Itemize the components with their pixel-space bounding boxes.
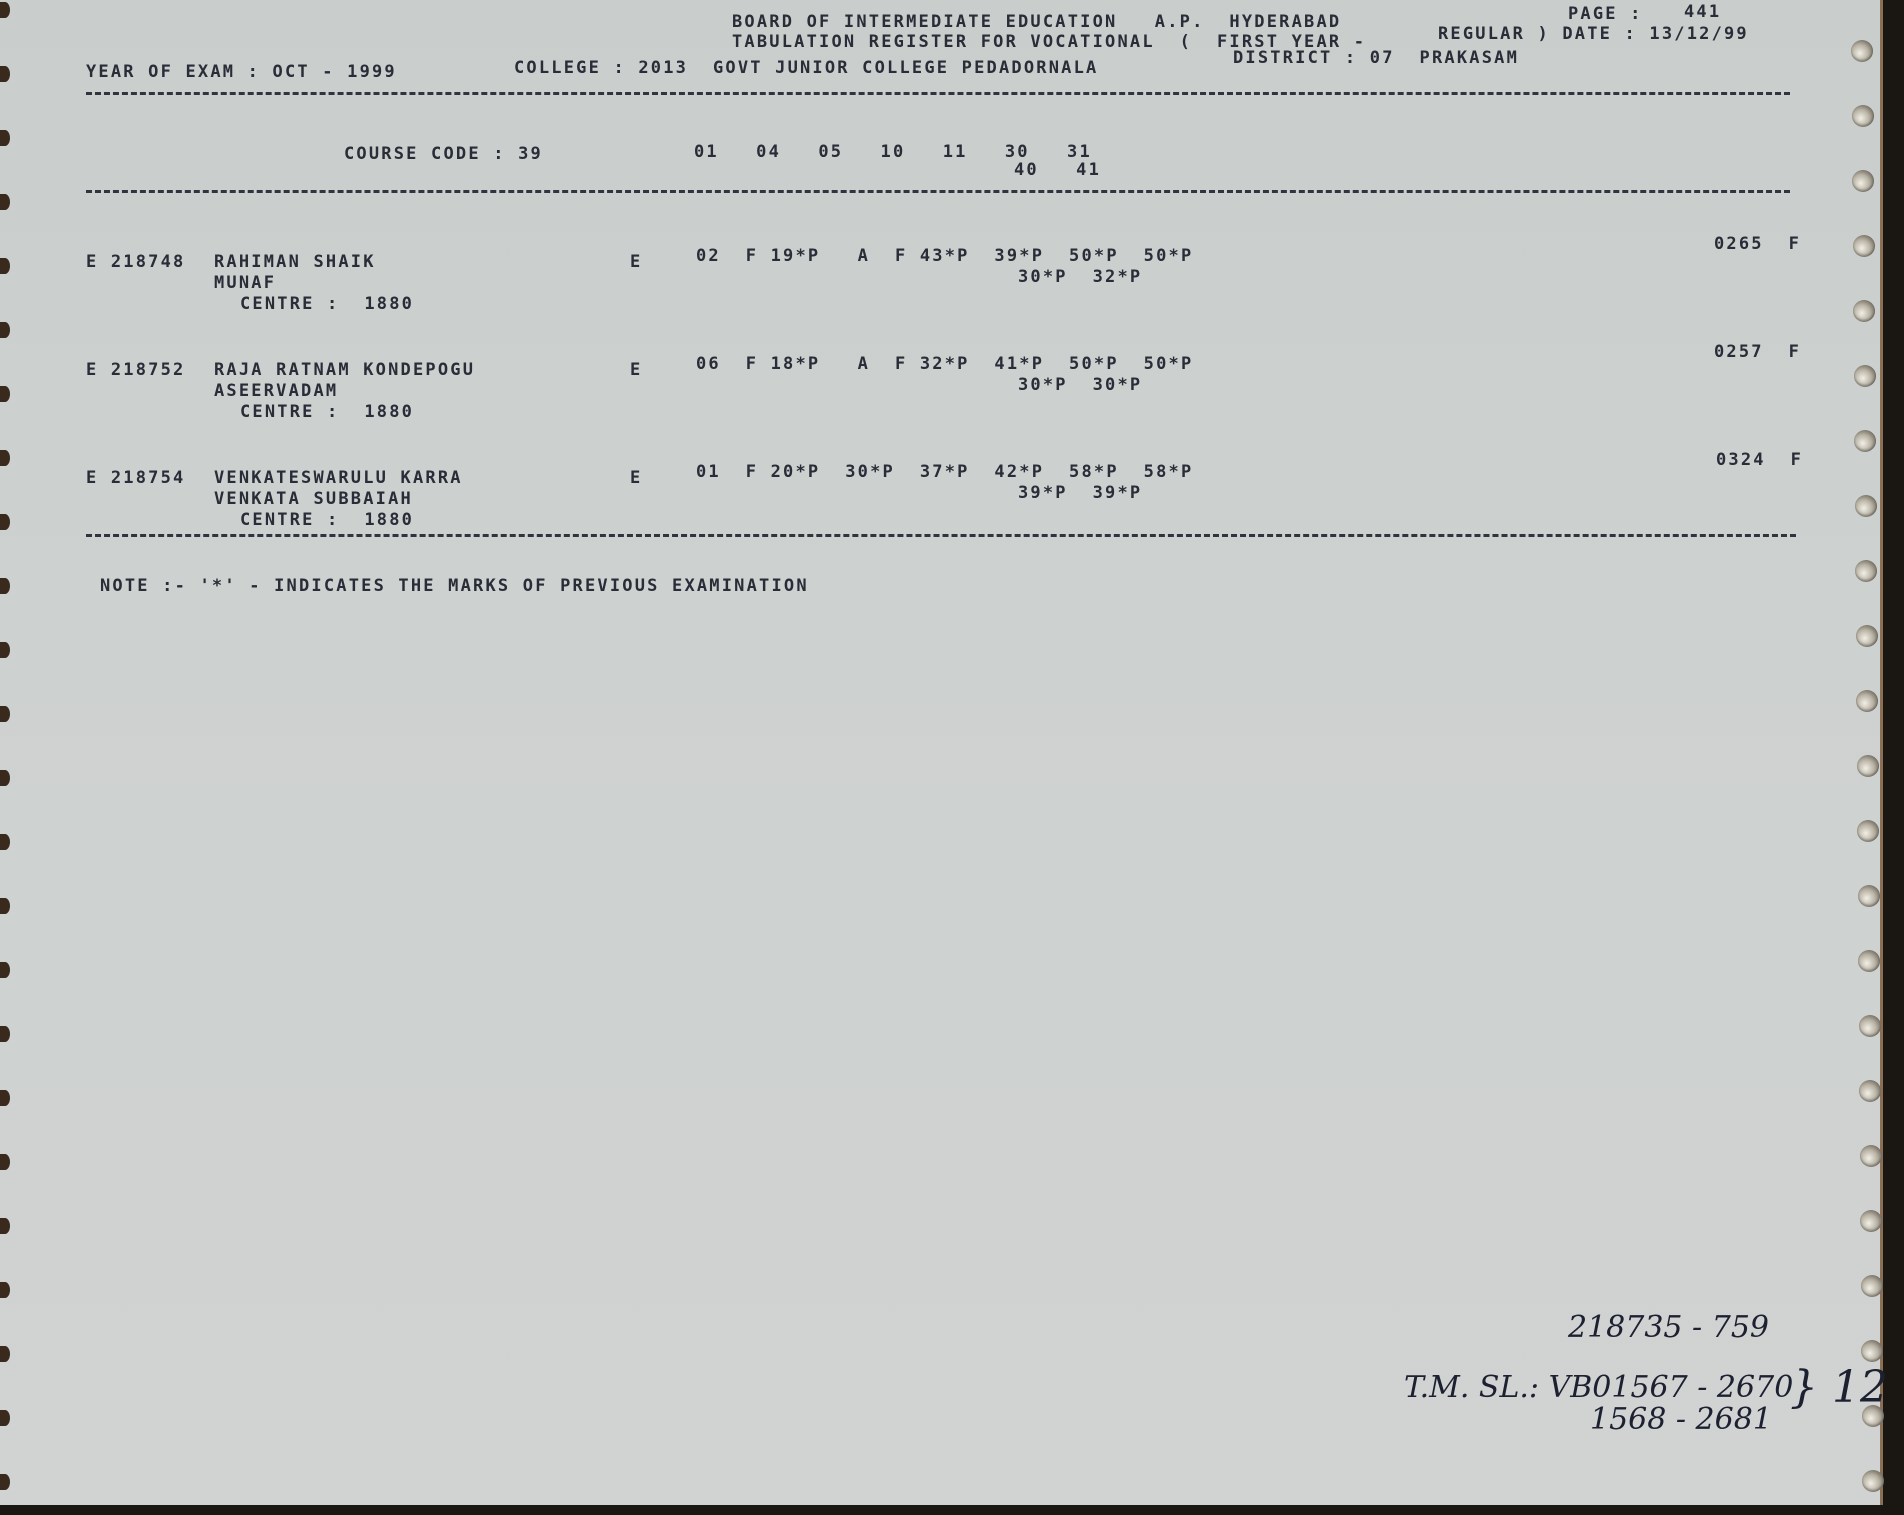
district-info: DISTRICT : 07 PRAKASAM (1233, 48, 1519, 68)
feed-hole-icon (1857, 820, 1879, 842)
feed-hole-icon (0, 322, 10, 338)
student-name: RAJA RATNAM KONDEPOGU (214, 360, 475, 380)
feed-hole-icon (0, 706, 10, 722)
year-of-exam: YEAR OF EXAM : OCT - 1999 (86, 62, 397, 82)
feed-hole-icon (0, 642, 10, 658)
exam-type-date: REGULAR ) DATE : 13/12/99 (1438, 24, 1749, 44)
feed-hole-icon (0, 1026, 10, 1042)
feed-hole-icon (1854, 365, 1876, 387)
exam-centre: CENTRE : 1880 (240, 402, 414, 422)
board-title: BOARD OF INTERMEDIATE EDUCATION A.P. HYD… (732, 12, 1341, 32)
feed-hole-icon (1855, 560, 1877, 582)
subject-codes-row2: 40 41 (1014, 160, 1101, 180)
feed-hole-icon (1851, 40, 1873, 62)
feed-hole-icon (0, 450, 10, 466)
feed-hole-icon (0, 578, 10, 594)
feed-hole-icon (0, 1282, 10, 1298)
feed-hole-icon (0, 1218, 10, 1234)
college-info: COLLEGE : 2013 GOVT JUNIOR COLLEGE PEDAD… (514, 58, 1098, 78)
feed-hole-icon (1856, 625, 1878, 647)
student-name-line2: VENKATA SUBBAIAH (214, 489, 413, 509)
feed-hole-icon (1858, 950, 1880, 972)
feed-hole-icon (0, 66, 10, 82)
handwritten-bracket-note: } 12 nl (1790, 1362, 1904, 1413)
student-name-line2: ASEERVADAM (214, 381, 338, 401)
feed-hole-icon (1853, 235, 1875, 257)
feed-hole-icon (0, 834, 10, 850)
registration-number: E 218752 (86, 360, 185, 380)
subject-marks-line2: 30*P 30*P (1018, 375, 1142, 395)
feed-hole-icon (1858, 885, 1880, 907)
exam-centre: CENTRE : 1880 (240, 510, 414, 530)
footnote: NOTE :- '*' - INDICATES THE MARKS OF PRE… (100, 576, 809, 596)
student-name: RAHIMAN SHAIK (214, 252, 376, 272)
feed-hole-icon (1862, 1405, 1884, 1427)
divider-top (86, 92, 1790, 95)
feed-hole-icon (1857, 755, 1879, 777)
feed-hole-icon (0, 1474, 10, 1490)
feed-hole-icon (0, 2, 10, 18)
feed-hole-icon (0, 130, 10, 146)
subject-marks: 06 F 18*P A F 32*P 41*P 50*P 50*P (696, 354, 1193, 374)
divider-bottom (86, 534, 1796, 537)
feed-hole-icon (1852, 105, 1874, 127)
feed-hole-icon (0, 1090, 10, 1106)
feed-hole-icon (0, 1154, 10, 1170)
feed-hole-icon (0, 258, 10, 274)
feed-hole-icon (1860, 1210, 1882, 1232)
total-result: 0265 F (1714, 234, 1801, 254)
total-result: 0324 F (1716, 450, 1803, 470)
registration-number: E 218754 (86, 468, 185, 488)
page-number: 441 (1684, 2, 1721, 22)
handwritten-serial-2: 1568 - 2681 (1590, 1402, 1772, 1437)
registration-number: E 218748 (86, 252, 185, 272)
handwritten-range: 218735 - 759 (1568, 1310, 1769, 1345)
course-code: COURSE CODE : 39 (344, 144, 543, 164)
feed-hole-icon (0, 194, 10, 210)
subject-marks: 02 F 19*P A F 43*P 39*P 50*P 50*P (696, 246, 1193, 266)
feed-hole-icon (0, 1410, 10, 1426)
feed-hole-icon (1855, 495, 1877, 517)
tabulation-register-page: BOARD OF INTERMEDIATE EDUCATION A.P. HYD… (0, 0, 1883, 1505)
medium: E (630, 468, 642, 488)
feed-hole-icon (1859, 1080, 1881, 1102)
feed-hole-icon (0, 770, 10, 786)
feed-hole-icon (1860, 1145, 1882, 1167)
feed-hole-icon (0, 514, 10, 530)
total-result: 0257 F (1714, 342, 1801, 362)
subject-marks: 01 F 20*P 30*P 37*P 42*P 58*P 58*P (696, 462, 1193, 482)
medium: E (630, 252, 642, 272)
divider-course (86, 190, 1790, 193)
handwritten-serial-1: T.M. SL.: VB01567 - 2670 (1404, 1370, 1793, 1405)
medium: E (630, 360, 642, 380)
subject-marks-line2: 39*P 39*P (1018, 483, 1142, 503)
feed-hole-icon (1862, 1470, 1884, 1492)
feed-hole-icon (0, 962, 10, 978)
feed-hole-icon (1853, 300, 1875, 322)
exam-centre: CENTRE : 1880 (240, 294, 414, 314)
feed-hole-icon (1852, 170, 1874, 192)
feed-hole-icon (1861, 1275, 1883, 1297)
subject-marks-line2: 30*P 32*P (1018, 267, 1142, 287)
feed-hole-icon (0, 1346, 10, 1362)
feed-hole-icon (0, 386, 10, 402)
feed-hole-icon (1859, 1015, 1881, 1037)
feed-hole-icon (0, 898, 10, 914)
page-label: PAGE : (1568, 4, 1643, 24)
feed-hole-icon (1861, 1340, 1883, 1362)
feed-hole-icon (1856, 690, 1878, 712)
student-name: VENKATESWARULU KARRA (214, 468, 463, 488)
student-name-line2: MUNAF (214, 273, 276, 293)
feed-hole-icon (1854, 430, 1876, 452)
subject-codes-row1: 01 04 05 10 11 30 31 (694, 142, 1092, 162)
